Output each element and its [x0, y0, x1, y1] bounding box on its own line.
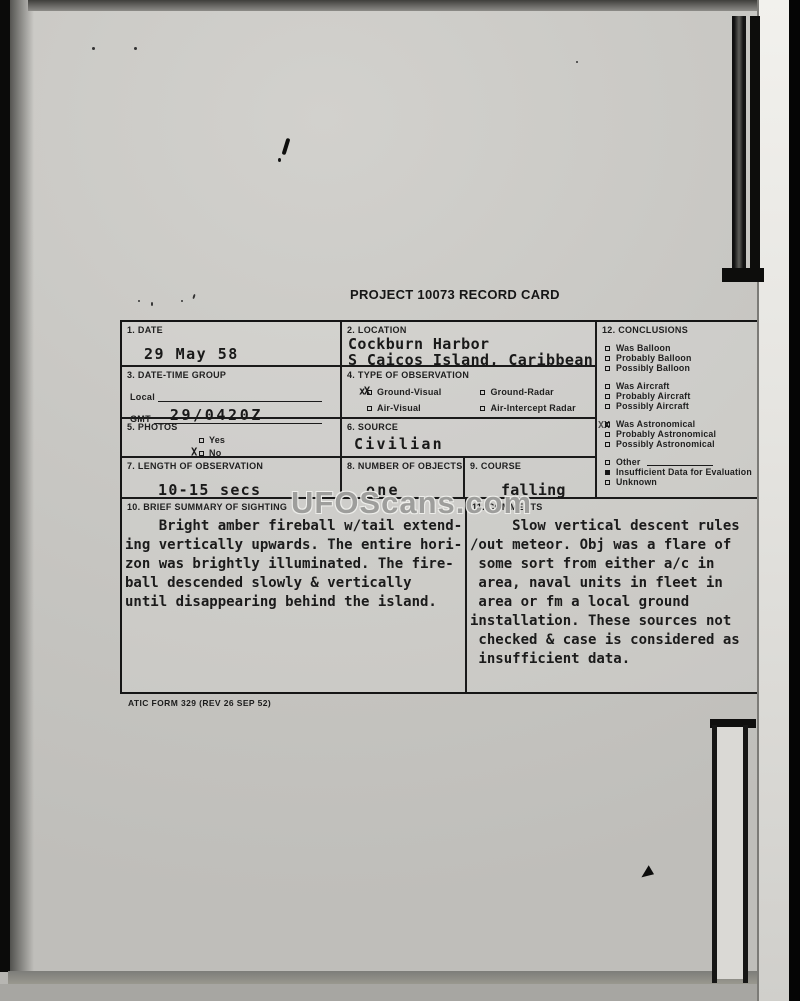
- binder-bar-gap: [717, 727, 743, 979]
- option-label: Yes: [209, 435, 225, 445]
- binder-bar-cap: [722, 268, 764, 282]
- comment-line: /out meteor. Obj was a flare of: [470, 536, 766, 555]
- typed-x-mark: xX: [359, 385, 369, 397]
- field-label: 4. TYPE OF OBSERVATION: [342, 367, 595, 381]
- field-comments: 11. COMMENTS Slow vertical descent rules…: [467, 499, 766, 692]
- field-label: 8. NUMBER OF OBJECTS: [342, 458, 463, 472]
- option-label: Ground-Radar: [490, 387, 553, 397]
- field-label: 5. PHOTOS: [122, 419, 340, 433]
- checkbox-icon: [480, 390, 485, 395]
- conclusion-item: Unknown: [605, 477, 766, 487]
- conclusion-label: Was Aircraft: [616, 381, 670, 391]
- conclusion-label: Probably Aircraft: [616, 391, 690, 401]
- local-time-row: Local: [130, 388, 322, 402]
- checkbox-icon: [605, 480, 610, 485]
- field-type-of-observation: 4. TYPE OF OBSERVATION xX Ground-Visual: [342, 367, 595, 419]
- observation-option: Air-Visual: [356, 403, 441, 413]
- comment-line: insufficient data.: [470, 650, 766, 669]
- summary-line: ing vertically upwards. The entire hori-: [125, 536, 465, 555]
- checkbox-icon: [605, 394, 610, 399]
- binder-bar: [750, 16, 760, 268]
- option-label: Air-Visual: [377, 403, 421, 413]
- location-line: Cockburn Harbor: [348, 336, 595, 352]
- checkbox-icon: [199, 451, 204, 456]
- field-date: 1. DATE 29 May 58: [122, 322, 342, 367]
- conclusions-list: Was Balloon Probably Balloon Possibly: [597, 336, 766, 487]
- option-label: No: [209, 448, 221, 458]
- form-id-note: ATIC FORM 329 (REV 26 SEP 52): [128, 698, 271, 708]
- date-value: 29 May 58: [144, 345, 340, 363]
- scan-speck: [151, 302, 153, 306]
- card-title: PROJECT 10073 RECORD CARD: [350, 287, 560, 302]
- summary-line: until disappearing behind the island.: [125, 593, 465, 612]
- pen-mark: [282, 138, 291, 155]
- photo-option: X No: [188, 448, 340, 458]
- checkbox-icon: [605, 384, 610, 389]
- summary-line: zon was brightly illuminated. The fire-: [125, 555, 465, 574]
- location-value: Cockburn Harbor S Caicos Island, Caribbe…: [348, 336, 595, 368]
- binder-mark-top: [722, 16, 764, 282]
- checkbox-icon: [605, 432, 610, 437]
- binder-mark-bottom: [710, 719, 757, 985]
- binder-bar: [712, 725, 717, 983]
- checkbox-icon: [605, 422, 610, 427]
- pen-mark-dot: [278, 158, 281, 162]
- checkbox-icon: [605, 460, 610, 465]
- checkbox-icon: [605, 356, 610, 361]
- paper-page: PROJECT 10073 RECORD CARD 1. DATE 29 May…: [10, 0, 757, 984]
- conclusion-label: Possibly Aircraft: [616, 401, 689, 411]
- typed-x-mark: X: [191, 446, 196, 458]
- conclusion-item: Possibly Aircraft: [605, 401, 766, 411]
- comments-text: Slow vertical descent rules /out meteor.…: [467, 513, 766, 669]
- source-value: Civilian: [354, 435, 595, 453]
- comment-line: some sort from either a/c in: [470, 555, 766, 574]
- conclusion-label: Was Balloon: [616, 343, 671, 353]
- summary-line: ball descended slowly & vertically: [125, 574, 465, 593]
- binder-bar: [743, 725, 748, 983]
- conclusion-label: Possibly Astronomical: [616, 439, 715, 449]
- local-blank-rule: [158, 388, 322, 402]
- conclusion-item: Was Aircraft: [605, 381, 766, 391]
- option-label: Ground-Visual: [377, 387, 441, 397]
- comment-line: area or fm a local ground: [470, 593, 766, 612]
- field-label: 1. DATE: [122, 322, 340, 336]
- checkbox-icon: [605, 442, 610, 447]
- field-label: 3. DATE-TIME GROUP: [122, 367, 340, 381]
- conclusion-item: Other: [605, 457, 766, 467]
- field-label: 12. CONCLUSIONS: [597, 322, 766, 336]
- scan-speck: [134, 47, 137, 50]
- page-edge-shadow-bottom: [8, 971, 757, 984]
- observation-option: Air-Intercept Radar: [469, 403, 575, 413]
- observation-options: xX Ground-Visual Air-Visual: [342, 381, 595, 413]
- comment-line: area, naval units in fleet in: [470, 574, 766, 593]
- local-label: Local: [130, 392, 155, 402]
- conclusion-label: Unknown: [616, 477, 657, 487]
- summary-text: Bright amber fireball w/tail extend- ing…: [122, 513, 465, 612]
- checkbox-icon: [605, 470, 610, 475]
- conclusion-label: Probably Balloon: [616, 353, 692, 363]
- comment-line: installation. These sources not: [470, 612, 766, 631]
- field-date-time-group: 3. DATE-TIME GROUP Local GMT 29/0420Z: [122, 367, 342, 419]
- scanned-document: PROJECT 10073 RECORD CARD 1. DATE 29 May…: [0, 0, 800, 1001]
- conclusion-item: Was Astronomical: [605, 419, 766, 429]
- conclusion-item: Insufficient Data for Evaluation: [605, 467, 766, 477]
- field-label: 7. LENGTH OF OBSERVATION: [122, 458, 340, 472]
- field-label: 2. LOCATION: [342, 322, 595, 336]
- conclusion-item: Possibly Astronomical: [605, 439, 766, 449]
- field-location: 2. LOCATION Cockburn Harbor S Caicos Isl…: [342, 322, 595, 367]
- scanner-edge-right: [789, 0, 800, 1001]
- scan-speck: [181, 300, 183, 302]
- conclusion-item: Probably Astronomical: [605, 429, 766, 439]
- observation-option: Ground-Radar: [469, 387, 575, 397]
- option-label: Air-Intercept Radar: [490, 403, 575, 413]
- photo-option: Yes: [188, 435, 340, 445]
- checkbox-icon: [480, 406, 485, 411]
- field-label: 9. COURSE: [465, 458, 595, 472]
- conclusion-label: Insufficient Data for Evaluation: [616, 467, 752, 477]
- observation-option: xX Ground-Visual: [356, 387, 441, 397]
- checkbox-icon: [605, 404, 610, 409]
- location-line: S Caicos Island, Caribbean: [348, 352, 595, 368]
- conclusion-item: Probably Balloon: [605, 353, 766, 363]
- conclusion-item: Was Balloon: [605, 343, 766, 353]
- binder-bar: [732, 16, 746, 268]
- page-edge-shadow-left: [10, 0, 34, 975]
- scan-speck: [92, 47, 95, 50]
- field-conclusions: 12. CONCLUSIONS Was Balloon Probably Bal…: [595, 322, 766, 499]
- field-label: 6. SOURCE: [342, 419, 595, 433]
- checkbox-icon: [367, 406, 372, 411]
- conclusion-item: Probably Aircraft: [605, 391, 766, 401]
- scanner-bed-bottom: [0, 984, 789, 1001]
- scan-speck: [576, 61, 578, 63]
- scan-speck: [192, 294, 195, 299]
- scan-speck: [138, 300, 140, 302]
- field-source: 6. SOURCE Civilian: [342, 419, 595, 458]
- checkbox-icon: [199, 438, 204, 443]
- conclusion-label: Probably Astronomical: [616, 429, 716, 439]
- checkbox-icon: [605, 346, 610, 351]
- conclusion-label: Possibly Balloon: [616, 363, 690, 373]
- checkbox-icon: [605, 366, 610, 371]
- comment-line: checked & case is considered as: [470, 631, 766, 650]
- conclusion-item: Possibly Balloon: [605, 363, 766, 373]
- triangle-mark: [639, 865, 654, 878]
- conclusion-label: Other: [616, 457, 640, 467]
- other-blank-rule: [647, 458, 713, 466]
- scanner-edge-left: [0, 0, 10, 972]
- page-edge-shadow-top: [28, 0, 757, 11]
- photo-options: Yes X No: [122, 433, 340, 458]
- watermark: UFOScans.com: [291, 486, 532, 520]
- conclusion-label: Was Astronomical: [616, 419, 695, 429]
- field-summary: 10. BRIEF SUMMARY OF SIGHTING Bright amb…: [122, 499, 467, 692]
- field-photos: 5. PHOTOS Yes X No: [122, 419, 342, 458]
